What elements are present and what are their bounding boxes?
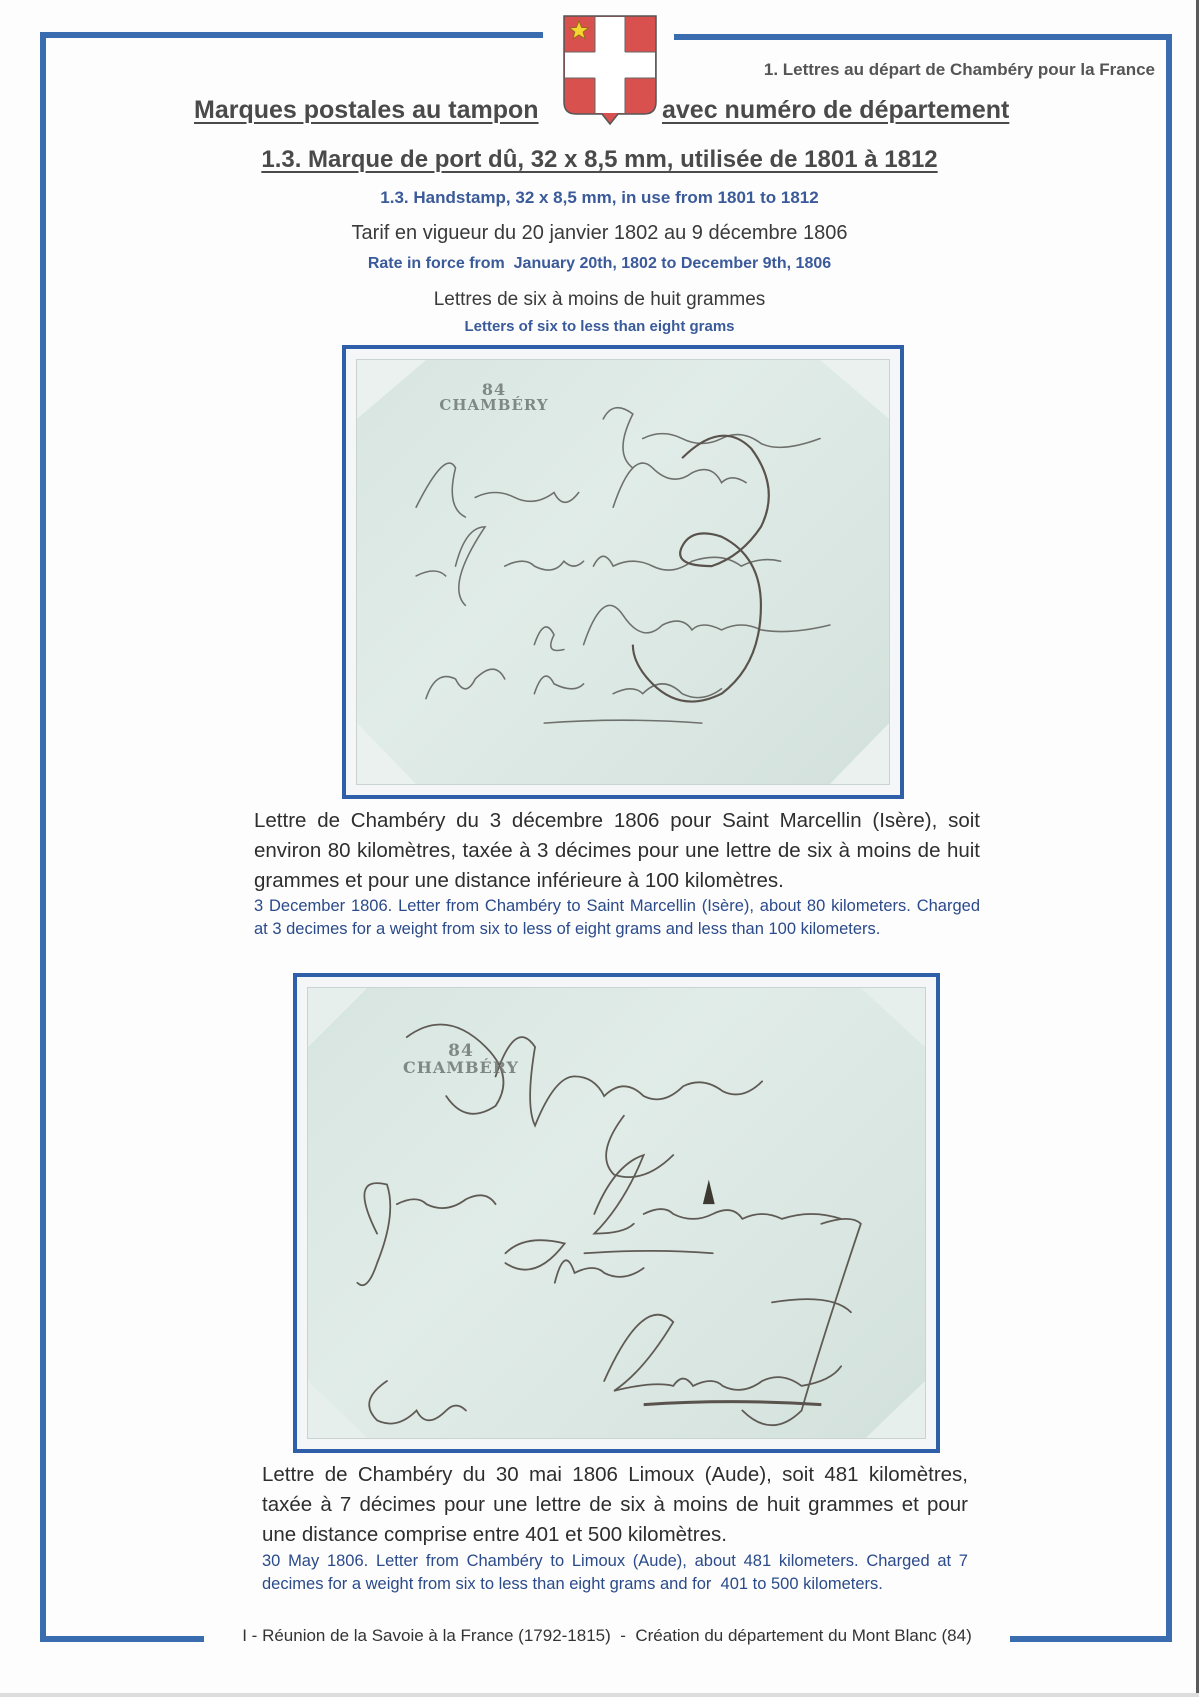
letter-2-description-fr: Lettre de Chambéry du 30 mai 1806 Limoux… <box>262 1460 968 1550</box>
page-frame-top-right <box>674 34 1171 40</box>
postmark-stamp: 84 CHAMBÉRY <box>386 1043 536 1076</box>
subtitle-en: 1.3. Handstamp, 32 x 8,5 mm, in use from… <box>0 188 1199 208</box>
letter-image-1: 84 CHAMBÉRY <box>342 345 904 799</box>
letter-1-description-en: 3 December 1806. Letter from Chambéry to… <box>254 895 980 941</box>
page-title-right: avec numéro de département <box>662 96 1009 125</box>
weight-en: Letters of six to less than eight grams <box>0 318 1199 335</box>
page-frame-bottom-left <box>40 1636 204 1642</box>
letter-cover-1: 84 CHAMBÉRY <box>356 359 890 785</box>
page-footer: I - Réunion de la Savoie à la France (17… <box>208 1626 1006 1646</box>
letter-2-description-en: 30 May 1806. Letter from Chambéry to Lim… <box>262 1550 968 1596</box>
handwriting-icon <box>357 360 889 784</box>
page-frame-left <box>40 32 46 1642</box>
scan-edge <box>0 1693 1199 1697</box>
page-frame-right <box>1166 34 1172 1642</box>
page-frame-bottom-right <box>1010 1636 1172 1642</box>
tariff-en: Rate in force from January 20th, 1802 to… <box>0 255 1199 273</box>
subtitle-fr: 1.3. Marque de port dû, 32 x 8,5 mm, uti… <box>0 146 1199 174</box>
tariff-fr: Tarif en vigueur du 20 janvier 1802 au 9… <box>0 222 1199 245</box>
letter-1-description-fr: Lettre de Chambéry du 3 décembre 1806 po… <box>254 806 980 896</box>
postmark-stamp: 84 CHAMBÉRY <box>419 382 569 413</box>
section-label: 1. Lettres au départ de Chambéry pour la… <box>764 60 1155 80</box>
letter-cover-2: 84 CHAMBÉRY <box>307 987 926 1439</box>
savoie-coat-of-arms-icon <box>562 14 658 130</box>
page-title-left: Marques postales au tampon <box>194 96 539 125</box>
letter-image-2: 84 CHAMBÉRY <box>293 973 940 1453</box>
weight-fr: Lettres de six à moins de huit grammes <box>0 289 1199 311</box>
page-frame-top-left <box>40 32 543 38</box>
